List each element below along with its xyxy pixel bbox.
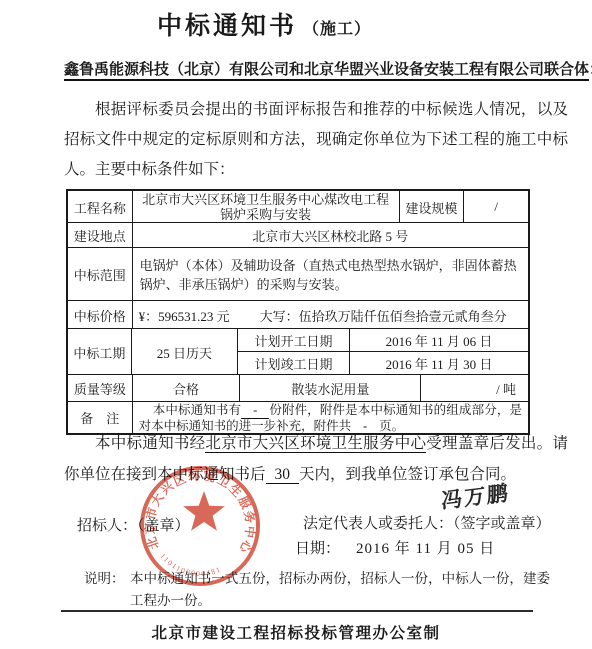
note-text: 本中标通知书一式五份，招标办两份，招标人一份，中标人一份，建委工程办一份。 xyxy=(130,568,550,612)
note-label: 说明： xyxy=(84,568,130,612)
distribution-note: 说明： 本中标通知书一式五份，招标办两份，招标人一份，中标人一份，建委工程办一份… xyxy=(84,568,550,612)
duration-value: 25 日历天 xyxy=(132,329,238,375)
title-suffix: （施工） xyxy=(303,21,371,38)
cement-value: / 吨 xyxy=(421,375,528,402)
issuing-org-underlined: 北京市大兴区环境卫生服务中心 xyxy=(205,435,426,453)
scope-label: 中标范围 xyxy=(68,248,133,301)
footer-issuer: 北京市建设工程招标投标管理办公室制 xyxy=(0,621,592,643)
recipient-name: 鑫鲁禹能源科技（北京）有限公司和北京华盟兴业设备安装工程有限公司联合体 xyxy=(64,62,589,81)
quality-label: 质量等级 xyxy=(68,375,133,402)
scope-value: 电锅炉（本体）及辅助设备（直热式电热型热水锅炉，非固体蓄热锅炉、非承压锅炉）的采… xyxy=(133,248,528,301)
price-numeric: ¥：596531.23 元 xyxy=(139,306,230,325)
issue-part1: 本中标通知书经 xyxy=(95,435,205,452)
date-value: 2016 年 11 月 05 日 xyxy=(356,541,495,557)
price-in-words: 大写：伍拾玖万陆仟伍佰叁拾壹元贰角叁分 xyxy=(260,306,507,325)
footer-divider xyxy=(61,610,533,612)
quality-value: 合格 xyxy=(133,375,241,402)
days-underlined: 30 xyxy=(266,466,300,484)
location-value: 北京市大兴区林校北路 5 号 xyxy=(133,223,528,248)
recipient-line: 鑫鲁禹能源科技（北京）有限公司和北京华盟兴业设备安装工程有限公司联合体： xyxy=(64,58,592,79)
table-row-price: 中标价格 ¥：596531.23 元 大写：伍拾玖万陆仟伍佰叁拾壹元贰角叁分 xyxy=(68,301,528,329)
table-row-start-date: 计划开工日期 2016 年 11 月 06 日 xyxy=(238,329,528,352)
date-label: 日期： xyxy=(295,541,340,557)
finish-date-label: 计划竣工日期 xyxy=(238,352,350,375)
table-row-project: 工程名称 北京市大兴区环境卫生服务中心煤改电工程锅炉采购与安装 建设规模 / xyxy=(68,191,528,223)
remark-part1: 本中标通知书有 xyxy=(153,403,242,417)
table-row-duration: 中标工期 25 日历天 计划开工日期 2016 年 11 月 06 日 计划竣工… xyxy=(68,329,528,375)
price-label: 中标价格 xyxy=(68,301,133,329)
representative-label: 法定代表人或委托人：（签字或盖章） xyxy=(303,512,551,533)
project-name-value: 北京市大兴区环境卫生服务中心煤改电工程锅炉采购与安装 xyxy=(133,191,400,223)
start-date-value: 2016 年 11 月 06 日 xyxy=(350,329,528,352)
bid-table: 工程名称 北京市大兴区环境卫生服务中心煤改电工程锅炉采购与安装 建设规模 / 建… xyxy=(66,189,530,435)
schedule-subgrid: 计划开工日期 2016 年 11 月 06 日 计划竣工日期 2016 年 11… xyxy=(238,329,528,374)
location-label: 建设地点 xyxy=(68,223,133,248)
table-row-quality: 质量等级 合格 散装水泥用量 / 吨 xyxy=(68,375,528,402)
finish-date-value: 2016 年 11 月 30 日 xyxy=(350,352,528,375)
date-line: 日期：2016 年 11 月 05 日 xyxy=(295,537,495,558)
page-title: 中标通知书（施工） xyxy=(0,6,528,42)
table-row-finish-date: 计划竣工日期 2016 年 11 月 30 日 xyxy=(238,352,528,375)
table-row-location: 建设地点 北京市大兴区林校北路 5 号 xyxy=(68,223,528,248)
tenderee-seal-label: 招标人：（盖章） xyxy=(77,514,190,535)
title-main: 中标通知书 xyxy=(157,12,297,40)
intro-paragraph: 根据评标委员会提出的书面评标报告和推荐的中标候选人情况，以及招标文件中规定的定标… xyxy=(64,95,568,185)
table-row-scope: 中标范围 电锅炉（本体）及辅助设备（直热式电热型热水锅炉，非固体蓄热锅炉、非承压… xyxy=(68,248,528,301)
remark-blank-attachments: - xyxy=(241,403,269,419)
project-name-label: 工程名称 xyxy=(68,191,133,223)
scale-value: / xyxy=(464,191,528,223)
start-date-label: 计划开工日期 xyxy=(238,329,350,352)
cement-label: 散装水泥用量 xyxy=(240,375,421,402)
scale-label: 建设规模 xyxy=(400,191,465,223)
duration-label: 中标工期 xyxy=(68,329,132,375)
price-value-cell: ¥：596531.23 元 大写：伍拾玖万陆仟伍佰叁拾壹元贰角叁分 xyxy=(133,301,528,329)
